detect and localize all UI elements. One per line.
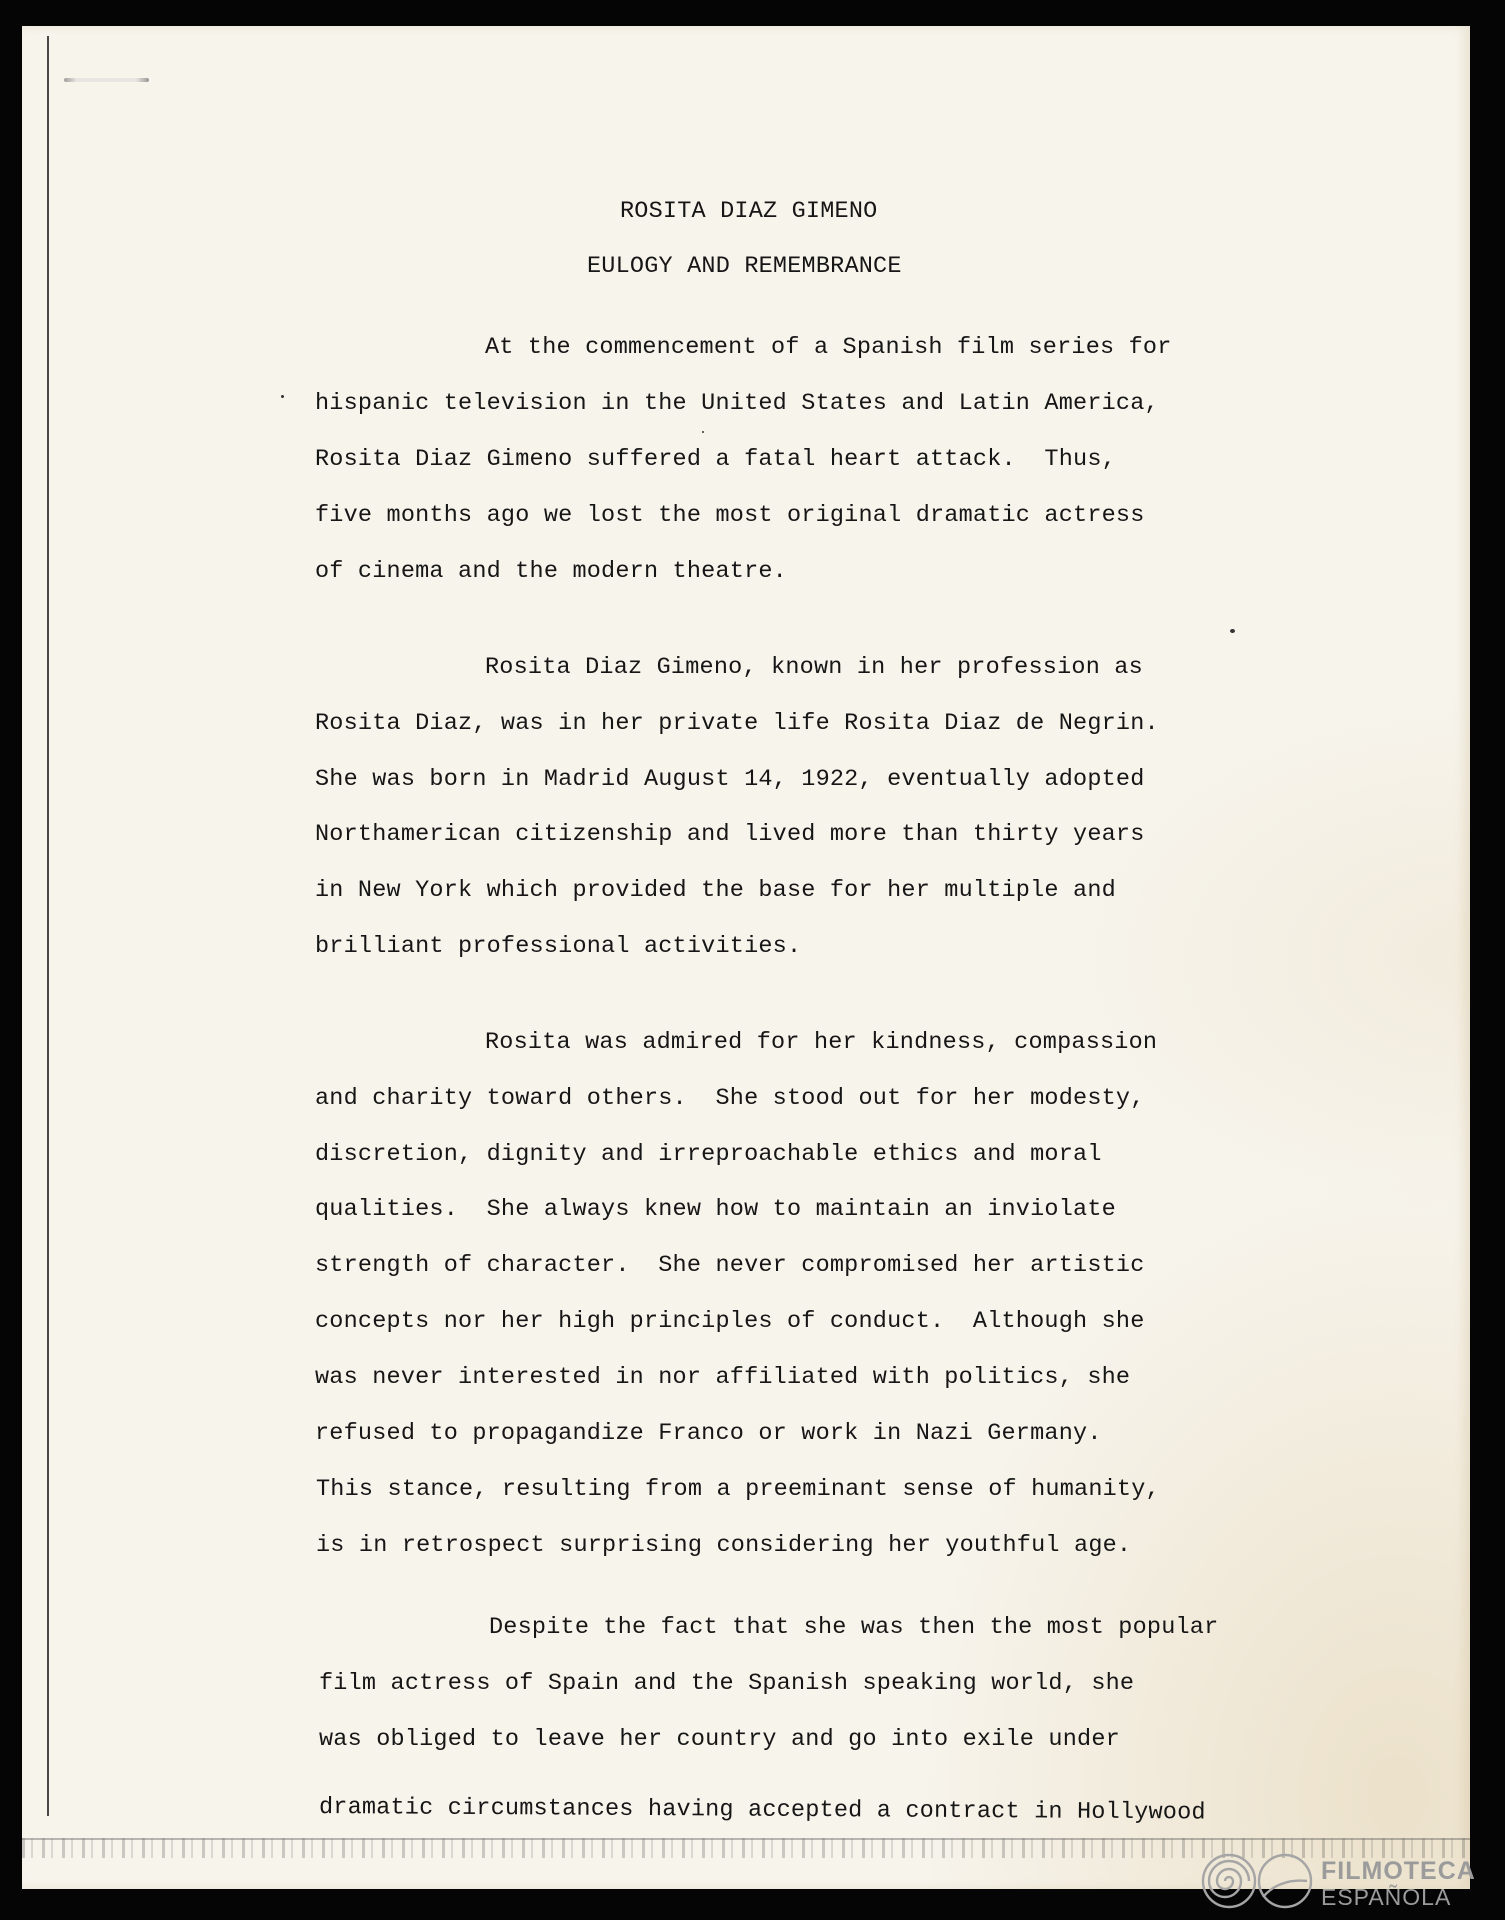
- paragraph-line: Rosita Diaz Gimeno, known in her profess…: [485, 654, 1143, 681]
- paragraph-line: was obliged to leave her country and go …: [319, 1726, 1120, 1753]
- paragraph-line: Despite the fact that she was then the m…: [489, 1614, 1218, 1641]
- paragraph-line: Rosita Diaz Gimeno suffered a fatal hear…: [315, 446, 1116, 473]
- paragraph-line: concepts nor her high principles of cond…: [315, 1308, 1145, 1335]
- paragraph-line: refused to propagandize Franco or work i…: [315, 1420, 1102, 1447]
- paragraph-line: Rosita was admired for her kindness, com…: [485, 1029, 1157, 1056]
- paragraph-line: in New York which provided the base for …: [315, 877, 1116, 904]
- paragraph-line: hispanic television in the United States…: [315, 390, 1159, 417]
- paragraph-line: was never interested in nor affiliated w…: [315, 1364, 1130, 1391]
- spiral-logo-icon: [1199, 1851, 1319, 1911]
- paragraph-line: Rosita Diaz, was in her private life Ros…: [315, 710, 1159, 737]
- document-body: ROSITA DIAZ GIMENO EULOGY AND REMEMBRANC…: [22, 26, 1470, 1889]
- paragraph-line: Northamerican citizenship and lived more…: [315, 821, 1145, 848]
- watermark-line-2: ESPAÑOLA: [1321, 1884, 1451, 1911]
- filmoteca-watermark: FILMOTECA ESPAÑOLA: [1199, 1851, 1499, 1911]
- paragraph-line: qualities. She always knew how to mainta…: [315, 1196, 1116, 1223]
- paragraph-line: She was born in Madrid August 14, 1922, …: [315, 766, 1145, 793]
- document-subtitle: EULOGY AND REMEMBRANCE: [587, 253, 902, 280]
- paragraph-line: and charity toward others. She stood out…: [315, 1085, 1145, 1112]
- paragraph-line: film actress of Spain and the Spanish sp…: [319, 1670, 1134, 1697]
- document-title: ROSITA DIAZ GIMENO: [620, 198, 877, 225]
- paragraph-line: dramatic circumstances having accepted a…: [319, 1794, 1206, 1826]
- paragraph-line: At the commencement of a Spanish film se…: [485, 334, 1172, 361]
- paragraph-line: strength of character. She never comprom…: [315, 1252, 1145, 1279]
- document-page: ROSITA DIAZ GIMENO EULOGY AND REMEMBRANC…: [22, 26, 1470, 1889]
- paragraph-line: brilliant professional activities.: [315, 933, 801, 960]
- paragraph-line: five months ago we lost the most origina…: [315, 502, 1145, 529]
- paragraph-line: is in retrospect surprising considering …: [316, 1532, 1131, 1559]
- paragraph-line: of cinema and the modern theatre.: [315, 558, 787, 585]
- paragraph-line: This stance, resulting from a preeminant…: [316, 1476, 1160, 1503]
- watermark-line-1: FILMOTECA: [1321, 1857, 1476, 1886]
- paragraph-line: discretion, dignity and irreproachable e…: [315, 1141, 1102, 1168]
